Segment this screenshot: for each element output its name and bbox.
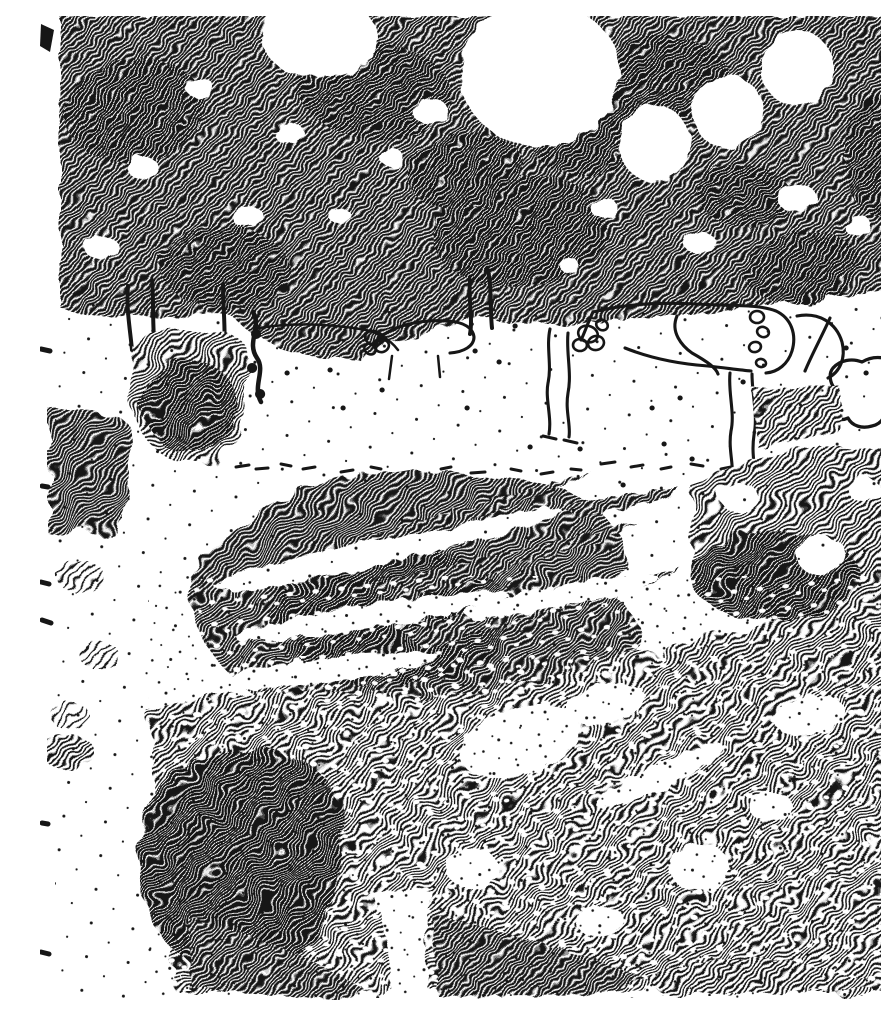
sky-gap <box>777 184 817 212</box>
sky-gap <box>591 199 619 219</box>
sky-gap <box>560 259 580 273</box>
sky-gap <box>619 106 691 182</box>
sky-gap <box>127 157 159 179</box>
bottom-margin <box>40 1000 881 1016</box>
sky-gap <box>844 216 872 236</box>
sky-gap <box>692 76 764 148</box>
left-margin <box>40 16 47 1016</box>
halftone-photo <box>40 16 881 1016</box>
sky-gap <box>412 98 448 124</box>
sky-gap <box>231 205 263 227</box>
sky-gap <box>186 78 214 98</box>
sky-gap <box>761 30 833 106</box>
sky-gap <box>275 123 305 145</box>
sky-gap <box>329 208 351 224</box>
sky-gap <box>684 232 716 254</box>
pepper-speck-overlay <box>148 576 881 996</box>
halftone-photo-canvas <box>40 16 881 1016</box>
sky-gap <box>85 236 119 260</box>
sky-gap <box>380 149 404 167</box>
foreground-brush <box>42 301 881 1000</box>
